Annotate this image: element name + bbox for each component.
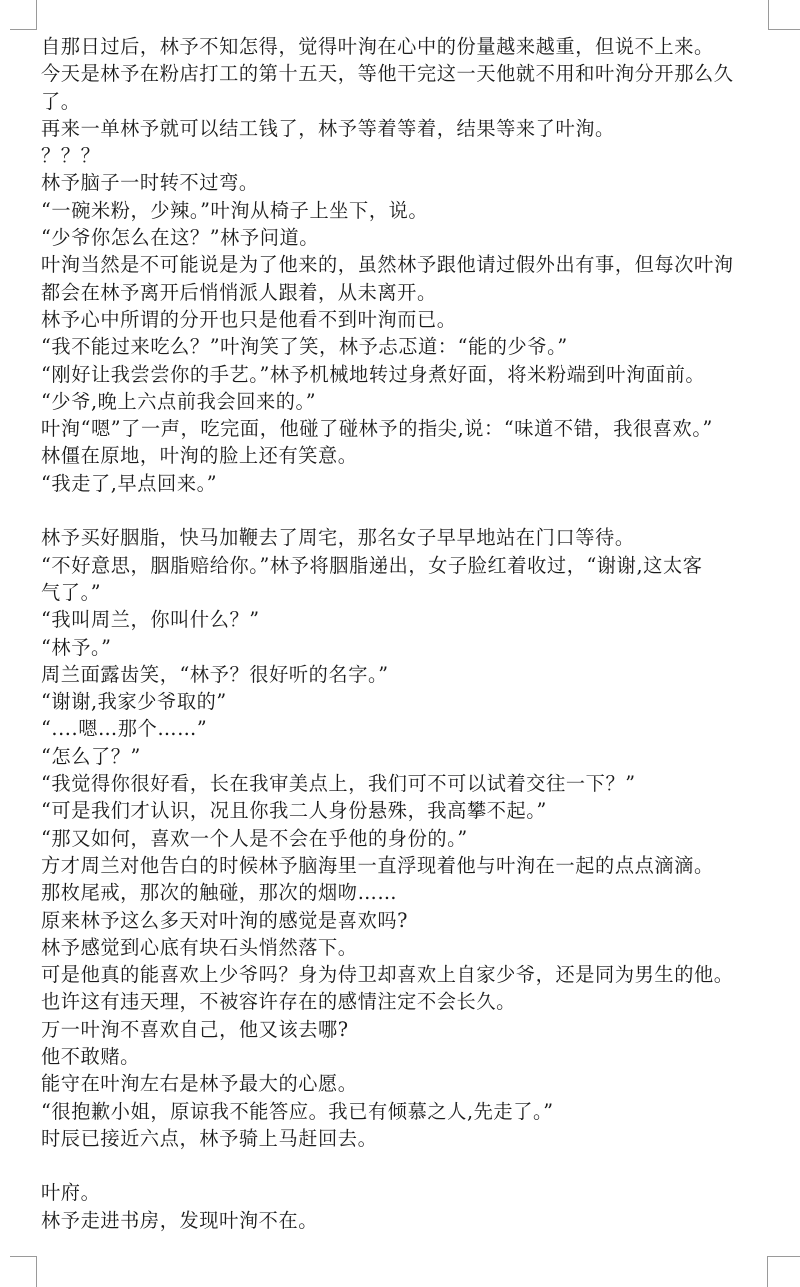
text-line: “很抱歉小姐，原谅我不能答应。我已有倾慕之人,先走了。” [41, 1098, 771, 1125]
corner-mark-bottom-right-vertical [767, 1256, 768, 1287]
text-line: 林予感觉到心底有块石头悄然落下。 [41, 934, 771, 961]
corner-mark-top-left-vertical [36, 0, 37, 30]
text-line: 方才周兰对他告白的时候林予脑海里一直浮现着他与叶洵在一起的点点滴滴。 [41, 852, 771, 879]
text-line: 今天是林予在粉店打工的第十五天，等他干完这一天他就不用和叶洵分开那么久 [41, 60, 771, 87]
corner-mark-top-right-horizontal [768, 29, 800, 30]
text-line [41, 1152, 771, 1179]
text-line: 再来一单林予就可以结工钱了，林予等着等着，结果等来了叶洵。 [41, 115, 771, 142]
text-line: “我走了,早点回来。” [41, 470, 771, 497]
text-line [41, 497, 771, 524]
text-line: 林予心中所谓的分开也只是他看不到叶洵而已。 [41, 306, 771, 333]
text-line: “....嗯…那个……” [41, 715, 771, 742]
text-line: 周兰面露齿笑，“林予？很好听的名字。” [41, 661, 771, 688]
document-body: 自那日过后，林予不知怎得，觉得叶洵在心中的份量越来越重，但说不上来。今天是林予在… [41, 33, 771, 1234]
text-line: 叶洵“嗯”了一声，吃完面，他碰了碰林予的指尖,说：“味道不错，我很喜欢。” [41, 415, 771, 442]
corner-mark-bottom-left-vertical [36, 1256, 37, 1287]
text-line: 他不敢赌。 [41, 1043, 771, 1070]
text-line: 自那日过后，林予不知怎得，觉得叶洵在心中的份量越来越重，但说不上来。 [41, 33, 771, 60]
text-line: “少爷你怎么在这？”林予问道。 [41, 224, 771, 251]
text-line: 都会在林予离开后悄悄派人跟着，从未离开。 [41, 279, 771, 306]
text-line: “少爷,晚上六点前我会回来的。” [41, 388, 771, 415]
corner-mark-bottom-left-horizontal [10, 1256, 37, 1257]
text-line: 气了。” [41, 579, 771, 606]
text-line: “林予。” [41, 634, 771, 661]
text-line: 也许这有违天理，不被容许存在的感情注定不会长久。 [41, 988, 771, 1015]
text-line: ？？？ [41, 142, 771, 169]
text-line: 林予脑子一时转不过弯。 [41, 169, 771, 196]
corner-mark-top-right-vertical [768, 0, 769, 30]
text-line: 时辰已接近六点，林予骑上马赶回去。 [41, 1125, 771, 1152]
text-line: “我觉得你很好看，长在我审美点上，我们可不可以试着交往一下？” [41, 770, 771, 797]
text-line: 叶府。 [41, 1179, 771, 1206]
text-line: “刚好让我尝尝你的手艺。”林予机械地转过身煮好面，将米粉端到叶洵面前。 [41, 361, 771, 388]
text-line: “我叫周兰，你叫什么？” [41, 606, 771, 633]
text-line: “不好意思，胭脂赔给你。”林予将胭脂递出，女子脸红着收过，“谢谢,这太客 [41, 552, 771, 579]
text-line: “我不能过来吃么？”叶洵笑了笑，林予忐忑道：“能的少爷。” [41, 333, 771, 360]
text-line: 叶洵当然是不可能说是为了他来的，虽然林予跟他请过假外出有事，但每次叶洵 [41, 251, 771, 278]
text-line: 了。 [41, 88, 771, 115]
text-line: 林予买好胭脂，快马加鞭去了周宅，那名女子早早地站在门口等待。 [41, 524, 771, 551]
text-line: 万一叶洵不喜欢自己，他又该去哪? [41, 1016, 771, 1043]
text-line: 原来林予这么多天对叶洵的感觉是喜欢吗? [41, 907, 771, 934]
text-line: 能守在叶洵左右是林予最大的心愿。 [41, 1070, 771, 1097]
corner-mark-top-left-horizontal [10, 29, 37, 30]
text-line: “可是我们才认识，况且你我二人身份悬殊，我高攀不起。” [41, 797, 771, 824]
text-line: 那枚尾戒，那次的触碰，那次的烟吻…… [41, 879, 771, 906]
text-line: 可是他真的能喜欢上少爷吗？身为侍卫却喜欢上自家少爷，还是同为男生的他。 [41, 961, 771, 988]
text-line: 林予走进书房，发现叶洵不在。 [41, 1207, 771, 1234]
text-line: “那又如何，喜欢一个人是不会在乎他的身份的。” [41, 825, 771, 852]
text-line: “一碗米粉，少辣。”叶洵从椅子上坐下，说。 [41, 197, 771, 224]
corner-mark-bottom-right-horizontal [767, 1256, 800, 1257]
text-line: “怎么了？” [41, 743, 771, 770]
text-line: “谢谢,我家少爷取的” [41, 688, 771, 715]
text-line: 林僵在原地，叶洵的脸上还有笑意。 [41, 442, 771, 469]
